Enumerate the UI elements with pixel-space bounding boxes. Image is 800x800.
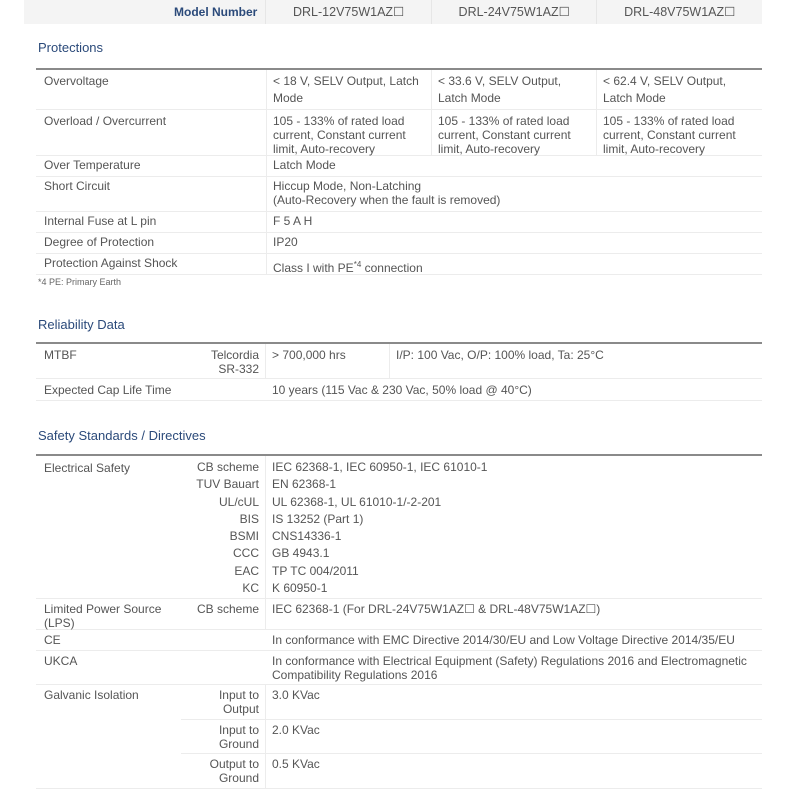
row-value: 105 - 133% of rated load current, Consta… — [266, 110, 431, 155]
value-text: connection — [361, 261, 422, 275]
scheme-label: EAC — [187, 563, 259, 580]
row-label: MTBF — [36, 344, 181, 378]
isolation-row: Input to Output 3.0 KVac — [181, 685, 762, 720]
protections-title: Protections — [38, 40, 103, 55]
isolation-value: 0.5 KVac — [266, 754, 762, 788]
model-number-header: Model Number DRL-12V75W1AZ☐ DRL-24V75W1A… — [24, 0, 762, 24]
table-row: UKCA In conformance with Electrical Equi… — [36, 651, 762, 685]
row-value: < 18 V, SELV Output, Latch Mode — [266, 70, 431, 109]
standard-value: IEC 62368-1, IEC 60950-1, IEC 61010-1 — [272, 459, 756, 476]
row-label: Overvoltage — [36, 70, 266, 109]
isolation-value: 3.0 KVac — [266, 685, 762, 719]
row-label: Expected Cap Life Time — [36, 379, 266, 400]
isolation-list: Input to Output 3.0 KVac Input to Ground… — [181, 685, 762, 788]
isolation-path: Output to Ground — [181, 754, 266, 788]
row-label: Internal Fuse at L pin — [36, 212, 266, 232]
row-value: In conformance with Electrical Equipment… — [266, 651, 762, 684]
row-sublabel: Telcordia SR-332 — [181, 344, 266, 378]
row-label: Limited Power Source (LPS) — [36, 599, 181, 629]
table-row: Overload / Overcurrent 105 - 133% of rat… — [36, 110, 762, 156]
row-label: Electrical Safety — [36, 456, 181, 598]
row-label: Short Circuit — [36, 177, 266, 211]
row-value: Class I with PE*4 connection — [266, 254, 762, 274]
isolation-path: Input to Ground — [181, 720, 266, 754]
table-row: CE In conformance with EMC Directive 201… — [36, 630, 762, 651]
model-24v: DRL-24V75W1AZ☐ — [431, 0, 597, 24]
table-row: Overvoltage < 18 V, SELV Output, Latch M… — [36, 70, 762, 110]
table-row: Degree of Protection IP20 — [36, 233, 762, 254]
row-value: < 33.6 V, SELV Output, Latch Mode — [431, 70, 596, 109]
value-text: Class I with PE — [273, 261, 354, 275]
standard-value: GB 4943.1 — [272, 545, 756, 562]
table-row: Expected Cap Life Time 10 years (115 Vac… — [36, 379, 762, 401]
table-row: Galvanic Isolation Input to Output 3.0 K… — [36, 685, 762, 789]
row-label: Galvanic Isolation — [36, 685, 181, 788]
table-row: Short Circuit Hiccup Mode, Non-Latching … — [36, 177, 762, 212]
table-row: Over Temperature Latch Mode — [36, 156, 762, 177]
isolation-value: 2.0 KVac — [266, 720, 762, 754]
row-value: 10 years (115 Vac & 230 Vac, 50% load @ … — [266, 379, 762, 400]
model-number-label: Model Number — [24, 5, 265, 19]
model-12v: DRL-12V75W1AZ☐ — [265, 0, 431, 24]
reliability-table: MTBF Telcordia SR-332 > 700,000 hrs I/P:… — [36, 342, 762, 401]
isolation-row: Input to Ground 2.0 KVac — [181, 720, 762, 755]
row-value: Hiccup Mode, Non-Latching (Auto-Recovery… — [266, 177, 762, 211]
scheme-label: UL/cUL — [187, 494, 259, 511]
scheme-label: KC — [187, 580, 259, 597]
table-row: MTBF Telcordia SR-332 > 700,000 hrs I/P:… — [36, 344, 762, 379]
table-row: Internal Fuse at L pin F 5 A H — [36, 212, 762, 233]
safety-title: Safety Standards / Directives — [38, 428, 206, 443]
row-value: IEC 62368-1 (For DRL-24V75W1AZ☐ & DRL-48… — [266, 599, 762, 629]
isolation-path: Input to Output — [181, 685, 266, 719]
scheme-label: CB scheme — [187, 459, 259, 476]
value-line: (Auto-Recovery when the fault is removed… — [273, 193, 756, 207]
row-value: Latch Mode — [266, 156, 762, 176]
footnote: *4 PE: Primary Earth — [38, 277, 121, 287]
standard-value: UL 62368-1, UL 61010-1/-2-201 — [272, 494, 756, 511]
reliability-title: Reliability Data — [38, 317, 125, 332]
row-label: CE — [36, 630, 266, 650]
standard-list: IEC 62368-1, IEC 60950-1, IEC 61010-1 EN… — [266, 456, 762, 598]
scheme-label: BIS — [187, 511, 259, 528]
standard-value: IS 13252 (Part 1) — [272, 511, 756, 528]
isolation-row: Output to Ground 0.5 KVac — [181, 754, 762, 788]
row-label: Degree of Protection — [36, 233, 266, 253]
row-value: IP20 — [266, 233, 762, 253]
row-value: < 62.4 V, SELV Output, Latch Mode — [596, 70, 761, 109]
standard-value: TP TC 004/2011 — [272, 563, 756, 580]
standard-value: CNS14336-1 — [272, 528, 756, 545]
row-value: 105 - 133% of rated load current, Consta… — [431, 110, 596, 155]
model-48v: DRL-48V75W1AZ☐ — [596, 0, 762, 24]
table-row: Electrical Safety CB scheme TUV Bauart U… — [36, 456, 762, 599]
row-label: Protection Against Shock — [36, 254, 266, 274]
scheme-label: TUV Bauart — [187, 476, 259, 493]
scheme-list: CB scheme TUV Bauart UL/cUL BIS BSMI CCC… — [181, 456, 266, 598]
scheme-label: BSMI — [187, 528, 259, 545]
row-value: 105 - 133% of rated load current, Consta… — [596, 110, 761, 155]
value-line: Hiccup Mode, Non-Latching — [273, 179, 756, 193]
row-value: In conformance with EMC Directive 2014/3… — [266, 630, 762, 650]
row-label: Overload / Overcurrent — [36, 110, 266, 155]
row-value: > 700,000 hrs — [266, 344, 390, 378]
row-sublabel: CB scheme — [181, 599, 266, 629]
row-label: UKCA — [36, 651, 266, 684]
table-row: Protection Against Shock Class I with PE… — [36, 254, 762, 275]
standard-value: K 60950-1 — [272, 580, 756, 597]
protections-table: Overvoltage < 18 V, SELV Output, Latch M… — [36, 68, 762, 275]
standard-value: EN 62368-1 — [272, 476, 756, 493]
safety-table: Electrical Safety CB scheme TUV Bauart U… — [36, 454, 762, 789]
row-value: F 5 A H — [266, 212, 762, 232]
scheme-label: CCC — [187, 545, 259, 562]
table-row: Limited Power Source (LPS) CB scheme IEC… — [36, 599, 762, 630]
row-label: Over Temperature — [36, 156, 266, 176]
row-condition: I/P: 100 Vac, O/P: 100% load, Ta: 25°C — [390, 344, 762, 378]
